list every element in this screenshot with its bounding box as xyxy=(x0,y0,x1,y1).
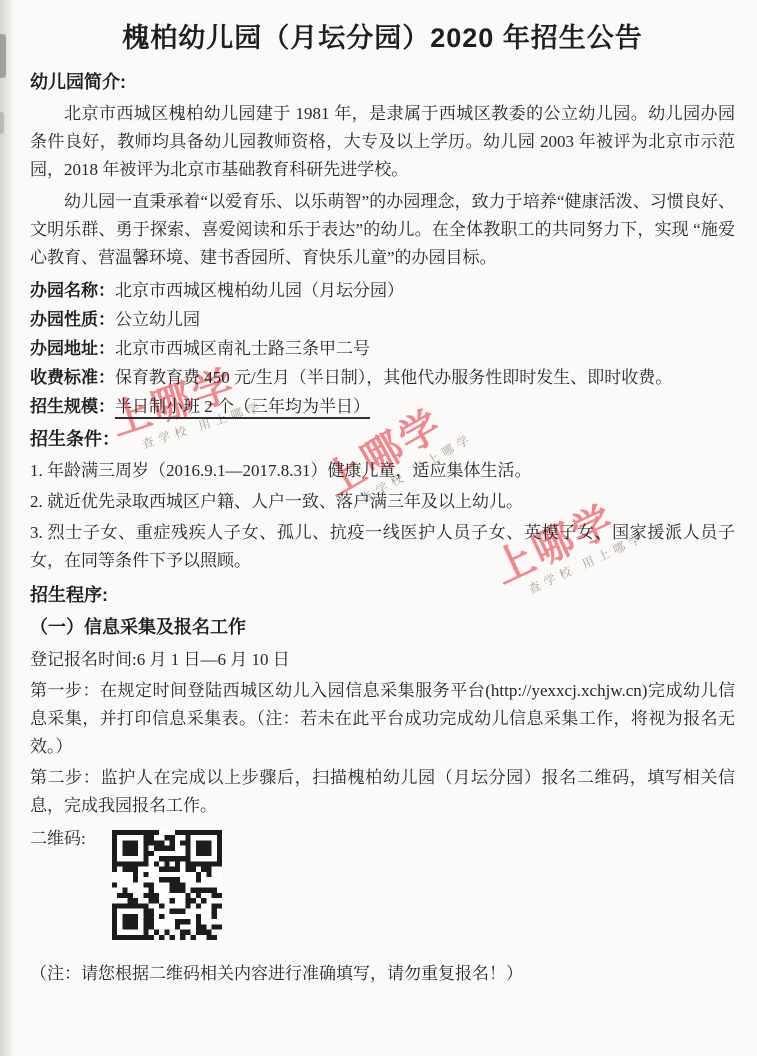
field-value: 公立幼儿园 xyxy=(115,310,200,329)
field-value: 北京市西城区槐柏幼儿园（月坛分园） xyxy=(115,281,404,300)
field-label: 收费标准： xyxy=(30,368,115,387)
note-line: （注：请您根据二维码相关内容进行准确填写，请勿重复报名！） xyxy=(30,960,735,988)
document-content: 槐柏幼儿园（月坛分园）2020 年招生公告 幼儿园简介: 北京市西城区槐柏幼儿园… xyxy=(0,0,757,988)
qr-code xyxy=(112,830,222,940)
procedure-heading: 招生程序: xyxy=(30,581,735,610)
field-value: 保育教育费 450 元/生月（半日制），其他代办服务性即时发生、即时收费。 xyxy=(115,368,672,387)
field-label: 办园地址： xyxy=(30,339,115,358)
intro-paragraph-2: 幼儿园一直秉承着“以爱育乐、以乐萌智”的办园理念，致力于培养“健康活泼、习惯良好… xyxy=(30,188,735,272)
field-label: 办园性质： xyxy=(30,310,115,329)
registration-time: 登记报名时间:6 月 1 日—6 月 10 日 xyxy=(30,646,735,674)
scanned-document-page: 上哪学 查学校 用上哪学 上哪学 查学校 用上哪学 上哪学 查学校 用上哪学 槐… xyxy=(0,0,757,1056)
field-value-underlined: 半日制小班 2 个（三年均为半日） xyxy=(115,397,370,419)
qr-label: 二维码: xyxy=(30,826,86,852)
condition-item-3: 3. 烈士子女、重症残疾人子女、孤儿、抗疫一线医护人员子女、英模子女、国家援派人… xyxy=(30,519,735,575)
condition-item-2: 2. 就近优先录取西城区户籍、人户一致、落户满三年及以上幼儿。 xyxy=(30,488,735,516)
qr-section: 二维码: xyxy=(30,826,735,940)
procedure-step-2: 第二步：监护人在完成以上步骤后，扫描槐柏幼儿园（月坛分园）报名二维码，填写相关信… xyxy=(30,764,735,820)
procedure-step-1: 第一步：在规定时间登陆西城区幼儿入园信息采集服务平台(http://yexxcj… xyxy=(30,677,735,761)
field-label: 办园名称： xyxy=(30,281,115,300)
field-park-type: 办园性质：公立幼儿园 xyxy=(30,305,735,334)
document-title: 槐柏幼儿园（月坛分园）2020 年招生公告 xyxy=(30,20,735,56)
condition-item-1: 1. 年龄满三周岁（2016.9.1—2017.8.31）健康儿童，适应集体生活… xyxy=(30,457,735,485)
field-value: 北京市西城区南礼士路三条甲二号 xyxy=(115,339,370,358)
procedure-subheading: （一）信息采集及报名工作 xyxy=(30,613,735,642)
intro-heading: 幼儿园简介: xyxy=(30,68,735,97)
field-enrollment-scale: 招生规模：半日制小班 2 个（三年均为半日） xyxy=(30,392,735,421)
field-park-name: 办园名称：北京市西城区槐柏幼儿园（月坛分园） xyxy=(30,276,735,305)
conditions-heading: 招生条件： xyxy=(30,425,735,454)
field-label: 招生规模： xyxy=(30,397,115,416)
field-fee-standard: 收费标准：保育教育费 450 元/生月（半日制），其他代办服务性即时发生、即时收… xyxy=(30,363,735,392)
intro-paragraph-1: 北京市西城区槐柏幼儿园建于 1981 年，是隶属于西城区教委的公立幼儿园。幼儿园… xyxy=(30,100,735,184)
field-park-address: 办园地址：北京市西城区南礼士路三条甲二号 xyxy=(30,334,735,363)
